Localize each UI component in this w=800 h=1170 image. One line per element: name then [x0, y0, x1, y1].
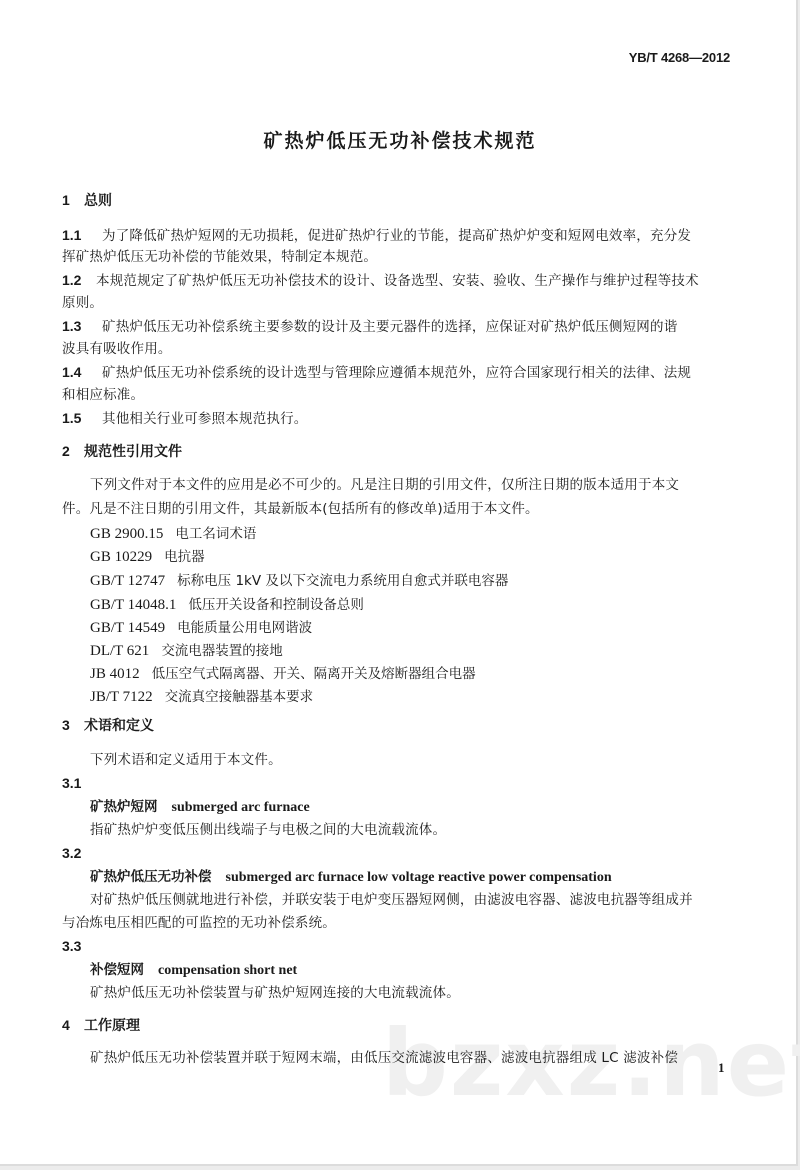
reference-code: JB 4012: [90, 666, 140, 682]
reference-item: JB/T 7122交流真空接触器基本要求: [90, 688, 313, 706]
section-4-text: 矿热炉低压无功补偿装置并联于短网末端，由低压交流滤波电容器、滤波电抗器组成 LC…: [90, 1049, 678, 1067]
term-chinese: 矿热炉低压无功补偿: [90, 869, 212, 885]
reference-code: GB/T 14048.1: [90, 597, 176, 613]
reference-item: GB/T 14549电能质量公用电网谐波: [90, 619, 312, 637]
reference-title: 低压开关设备和控制设备总则: [188, 597, 364, 613]
term-definition: 矿热炉低压无功补偿装置与矿热炉短网连接的大电流载流体。: [90, 984, 460, 1002]
reference-title: 交流电器装置的接地: [161, 643, 283, 659]
document-page: bzxz.net YB/T 4268—2012 矿热炉低压无功补偿技术规范 1总…: [0, 0, 798, 1166]
clause-text: 本规范规定了矿热炉低压无功补偿技术的设计、设备选型、安装、验收、生产操作与维护过…: [96, 273, 699, 289]
section-title: 总则: [84, 193, 112, 209]
reference-code: DL/T 621: [90, 643, 149, 659]
section-number: 3: [62, 716, 84, 734]
section-3-heading: 3术语和定义: [62, 716, 154, 735]
reference-title: 低压空气式隔离器、开关、隔离开关及熔断器组合电器: [152, 666, 476, 682]
reference-code: GB/T 12747: [90, 573, 165, 589]
term-number: 3.1: [62, 774, 81, 792]
section-title: 术语和定义: [84, 718, 154, 734]
reference-code: GB/T 14549: [90, 620, 165, 636]
reference-item: GB/T 12747标称电压 1kV 及以下交流电力系统用自愈式并联电容器: [90, 572, 508, 590]
term-heading: 矿热炉低压无功补偿submerged arc furnace low volta…: [90, 868, 612, 887]
clause-number: 1.5: [62, 409, 102, 427]
term-number: 3.3: [62, 937, 81, 955]
clause-number: 1.1: [62, 226, 102, 244]
reference-item: JB 4012低压空气式隔离器、开关、隔离开关及熔断器组合电器: [90, 665, 476, 683]
clause-text: 矿热炉低压无功补偿系统主要参数的设计及主要元器件的选择，应保证对矿热炉低压侧短网…: [102, 319, 677, 335]
clause-1-1-cont: 挥矿热炉低压无功补偿的节能效果，特制定本规范。: [62, 248, 377, 266]
clause-1-4-cont: 和相应标准。: [62, 386, 144, 404]
section-title: 工作原理: [84, 1018, 140, 1034]
section-1-heading: 1总则: [62, 191, 112, 210]
reference-item: GB/T 14048.1低压开关设备和控制设备总则: [90, 596, 364, 614]
reference-title: 电能质量公用电网谐波: [177, 620, 312, 636]
reference-title: 交流真空接触器基本要求: [165, 689, 314, 705]
clause-number: 1.4: [62, 363, 102, 381]
section-number: 1: [62, 191, 84, 209]
clause-1-2: 1.2本规范规定了矿热炉低压无功补偿技术的设计、设备选型、安装、验收、生产操作与…: [62, 271, 699, 290]
term-english: submerged arc furnace low voltage reacti…: [226, 870, 612, 885]
reference-title: 电抗器: [164, 549, 205, 565]
clause-1-3: 1.3矿热炉低压无功补偿系统主要参数的设计及主要元器件的选择，应保证对矿热炉低压…: [62, 317, 677, 336]
clause-1-3-cont: 波具有吸收作用。: [62, 340, 172, 358]
clause-text: 矿热炉低压无功补偿系统的设计选型与管理除应遵循本规范外，应符合国家现行相关的法律…: [102, 365, 691, 381]
clause-number: 1.2: [62, 271, 96, 289]
clause-text: 为了降低矿热炉短网的无功损耗，促进矿热炉行业的节能，提高矿热炉炉变和短网电效率，…: [102, 228, 691, 244]
reference-item: DL/T 621交流电器装置的接地: [90, 642, 283, 660]
clause-1-1: 1.1为了降低矿热炉短网的无功损耗，促进矿热炉行业的节能，提高矿热炉炉变和短网电…: [62, 226, 691, 245]
term-heading: 矿热炉短网submerged arc furnace: [90, 798, 310, 817]
reference-item: GB 10229电抗器: [90, 548, 205, 566]
section-4-heading: 4工作原理: [62, 1016, 140, 1035]
term-definition: 对矿热炉低压侧就地进行补偿，并联安装于电炉变压器短网侧，由滤波电容器、滤波电抗器…: [90, 891, 693, 909]
reference-code: GB 2900.15: [90, 526, 163, 542]
reference-code: JB/T 7122: [90, 689, 153, 705]
term-chinese: 矿热炉短网: [90, 799, 158, 815]
term-english: compensation short net: [158, 963, 297, 978]
reference-item: GB 2900.15电工名词术语: [90, 525, 256, 543]
section-2-intro-line-2: 件。凡是不注日期的引用文件，其最新版本(包括所有的修改单)适用于本文件。: [62, 500, 539, 518]
term-heading: 补偿短网compensation short net: [90, 961, 297, 980]
term-number: 3.2: [62, 844, 81, 862]
standard-code: YB/T 4268—2012: [629, 50, 730, 65]
term-chinese: 补偿短网: [90, 962, 144, 978]
section-number: 4: [62, 1016, 84, 1034]
clause-1-2-cont: 原则。: [62, 294, 103, 312]
clause-1-5: 1.5其他相关行业可参照本规范执行。: [62, 409, 308, 428]
page-number: 1: [718, 1060, 725, 1076]
section-2-intro-line-1: 下列文件对于本文件的应用是必不可少的。凡是注日期的引用文件，仅所注日期的版本适用…: [90, 476, 679, 494]
clause-text: 其他相关行业可参照本规范执行。: [102, 411, 308, 427]
clause-1-4: 1.4矿热炉低压无功补偿系统的设计选型与管理除应遵循本规范外，应符合国家现行相关…: [62, 363, 691, 382]
document-title: 矿热炉低压无功补偿技术规范: [0, 126, 800, 153]
section-3-intro: 下列术语和定义适用于本文件。: [90, 751, 282, 769]
section-title: 规范性引用文件: [84, 444, 182, 460]
reference-title: 标称电压 1kV 及以下交流电力系统用自愈式并联电容器: [177, 573, 508, 589]
term-definition: 指矿热炉炉变低压侧出线端子与电极之间的大电流载流体。: [90, 821, 446, 839]
clause-number: 1.3: [62, 317, 102, 335]
reference-code: GB 10229: [90, 549, 152, 565]
reference-title: 电工名词术语: [175, 526, 256, 542]
section-number: 2: [62, 442, 84, 460]
section-2-heading: 2规范性引用文件: [62, 442, 182, 461]
term-english: submerged arc furnace: [172, 800, 310, 815]
term-definition-cont: 与冶炼电压相匹配的可监控的无功补偿系统。: [62, 914, 336, 932]
